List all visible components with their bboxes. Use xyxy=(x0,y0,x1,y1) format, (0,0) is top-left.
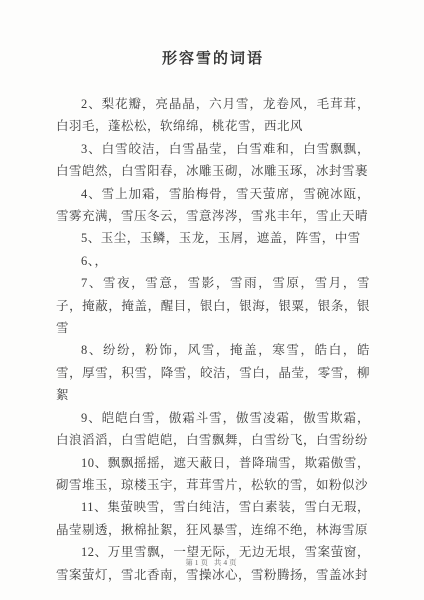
page-number-footer: 第1页 共4页 xyxy=(0,557,424,568)
document-page: 形容雪的词语 2、梨花瓣，亮晶晶，六月雪，龙卷风，毛茸茸，白羽毛，蓬松松，软绵绵… xyxy=(0,0,424,600)
document-body: 2、梨花瓣，亮晶晶，六月雪，龙卷风，毛茸茸，白羽毛，蓬松松，软绵绵，桃花雪，西北… xyxy=(56,93,370,586)
paragraph-4: 4、雪上加霜，雪胎梅骨，雪天萤席，雪碗冰瓯，雪雾充满，雪压冬云，雪意涔涔，雪兆丰… xyxy=(56,183,370,228)
paragraph-11: 11、集萤映雪，雪白纯洁，雪白素装，雪白无瑕，晶莹剔透，揪棉扯絮，狂风暴雪，连绵… xyxy=(56,496,370,541)
paragraph-10: 10、飘飘摇摇，遮天蔽日，普降瑞雪，欺霜傲雪，砌雪堆玉，琼楼玉宇，茸茸雪片，松软… xyxy=(56,452,370,497)
paragraph-6: 6、， xyxy=(56,250,370,272)
paragraph-2: 2、梨花瓣，亮晶晶，六月雪，龙卷风，毛茸茸，白羽毛，蓬松松，软绵绵，桃花雪，西北… xyxy=(56,93,370,138)
paragraph-8: 8、纷纷，粉饰，风雪，掩盖，寒雪，皓白，皓雪，厚雪，积雪，降雪，皎洁，雪白，晶莹… xyxy=(56,339,370,406)
paragraph-5: 5、玉尘，玉鳞，玉龙，玉屑，遮盖，阵雪，中雪 xyxy=(56,227,370,249)
paragraph-9: 9、皑皑白雪，傲霜斗雪，傲雪凌霜，傲雪欺霜，白浪滔滔，白雪皑皑，白雪飘舞，白雪纷… xyxy=(56,407,370,452)
paragraph-3: 3、白雪皎洁，白雪晶莹，白雪难和，白雪飘飘，白雪皑然，白雪阳春，冰雕玉砌，冰雕玉… xyxy=(56,138,370,183)
paragraph-7: 7、雪夜，雪意，雪影，雪雨，雪原，雪月，雪子，掩蔽，掩盖，醒目，银白，银海，银粟… xyxy=(56,272,370,339)
page-title: 形容雪的词语 xyxy=(56,48,370,70)
